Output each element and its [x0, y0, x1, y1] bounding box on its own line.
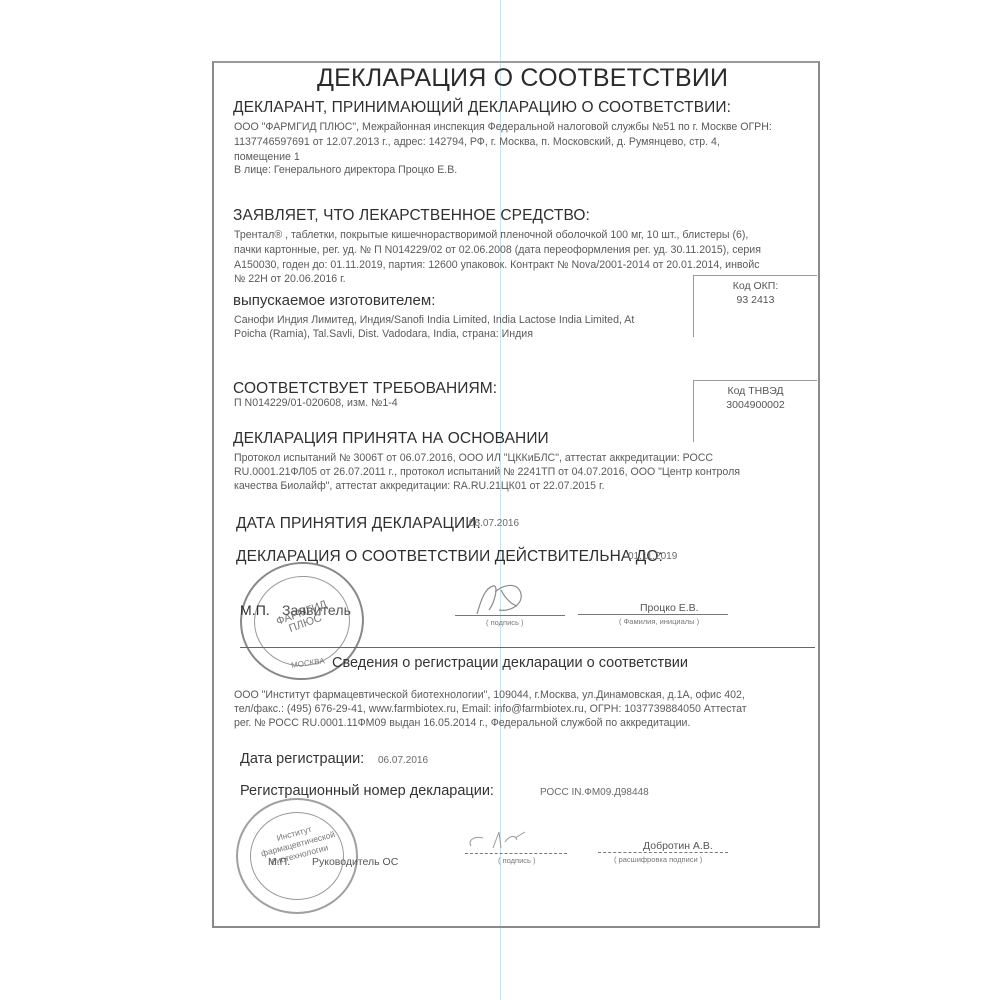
product-line-1: Трентал® , таблетки, покрытые кишечнорас…: [234, 229, 748, 241]
tnved-code-box: Код ТНВЭД 3004900002: [693, 380, 817, 442]
body-signature-scribble: [465, 826, 545, 856]
requirements-line-1: П N014229/01-020608, изм. №1-4: [234, 397, 398, 409]
okp-code-value: 93 2413: [694, 293, 817, 307]
registration-line-1: ООО "Институт фармацевтической биотехнол…: [234, 689, 745, 701]
declarant-line-4: В лице: Генерального директора Процко Е.…: [234, 164, 457, 176]
valid-until-value: 01.11.2019: [628, 551, 677, 562]
body-name-line: [598, 852, 728, 853]
declarant-stamp-city: МОСКВА: [277, 653, 338, 672]
product-line-2: пачки картонные, рег. уд. № П N014229/02…: [234, 244, 761, 256]
requirements-heading: СООТВЕТСТВУЕТ ТРЕБОВАНИЯМ:: [233, 380, 497, 398]
declarant-signer-name: Процко Е.В.: [640, 602, 699, 614]
manufacturer-line-2: Poicha (Ramia), Tal.Savli, Dist. Vadodar…: [234, 328, 533, 340]
tnved-code-value: 3004900002: [694, 398, 817, 412]
declarant-role: Заявитель: [282, 602, 351, 618]
product-line-4: № 22H от 20.06.2016 г.: [234, 273, 346, 285]
basis-line-2: RU.0001.21ФЛ05 от 26.07.2011 г., протоко…: [234, 466, 740, 478]
document-title: ДЕКЛАРАЦИЯ О СООТВЕТСТВИИ: [317, 64, 728, 93]
declarant-line-1: ООО "ФАРМГИД ПЛЮС", Межрайонная инспекци…: [234, 121, 772, 133]
body-signature-line: [465, 853, 567, 854]
acceptance-date-label: ДАТА ПРИНЯТИЯ ДЕКЛАРАЦИИ:: [236, 515, 481, 533]
declarant-signature-line: [455, 615, 565, 616]
registration-date-value: 06.07.2016: [378, 755, 428, 766]
registration-number-value: РОСС IN.ФМ09.Д98448: [540, 787, 649, 798]
registration-heading: Сведения о регистрации декларации о соот…: [332, 655, 688, 671]
registration-date-label: Дата регистрации:: [240, 751, 364, 767]
okp-code-label: Код ОКП:: [694, 279, 817, 293]
declarant-name-caption: ( Фамилия, инициалы ): [619, 617, 699, 626]
manufacturer-line-1: Санофи Индия Лимитед, Индия/Sanofi India…: [234, 314, 634, 326]
okp-code-box: Код ОКП: 93 2413: [693, 275, 817, 337]
tnved-code-label: Код ТНВЭД: [694, 384, 817, 398]
registration-line-3: рег. № РОСС RU.0001.11ФМ09 выдан 16.05.2…: [234, 717, 690, 729]
declarant-signature-caption: ( подпись ): [486, 618, 524, 627]
acceptance-date-value: 06.07.2016: [469, 518, 519, 529]
body-role: Руководитель ОС: [312, 856, 398, 868]
basis-line-3: качества Биолайф", аттестат аккредитации…: [234, 480, 605, 492]
declarant-mp-label: М.П.: [240, 602, 270, 618]
body-signer-name: Добротин А.В.: [643, 840, 713, 852]
basis-heading: ДЕКЛАРАЦИЯ ПРИНЯТА НА ОСНОВАНИИ: [233, 430, 549, 448]
product-heading: ЗАЯВЛЯЕТ, ЧТО ЛЕКАРСТВЕННОЕ СРЕДСТВО:: [233, 207, 590, 225]
section-divider: [240, 647, 815, 648]
basis-line-1: Протокол испытаний № 3006T от 06.07.2016…: [234, 452, 713, 464]
declarant-signature-scribble: [455, 580, 545, 618]
declarant-name-line: [578, 614, 728, 615]
declarant-heading: ДЕКЛАРАНТ, ПРИНИМАЮЩИЙ ДЕКЛАРАЦИЮ О СООТ…: [233, 99, 731, 117]
registration-line-2: тел/факс.: (495) 676-29-41, www.farmbiot…: [234, 703, 747, 715]
declarant-line-2: 1137746597691 от 12.07.2013 г., адрес: 1…: [234, 136, 720, 148]
body-signature-caption: ( подпись ): [498, 856, 536, 865]
body-name-caption: ( расшифровка подписи ): [614, 855, 702, 864]
body-mp-label: М.П.: [268, 856, 290, 868]
product-line-3: A150030, годен до: 01.11.2019, партия: 1…: [234, 259, 760, 271]
manufacturer-heading: выпускаемое изготовителем:: [233, 292, 435, 309]
registration-number-label: Регистрационный номер декларации:: [240, 783, 494, 799]
declarant-line-3: помещение 1: [234, 151, 300, 163]
